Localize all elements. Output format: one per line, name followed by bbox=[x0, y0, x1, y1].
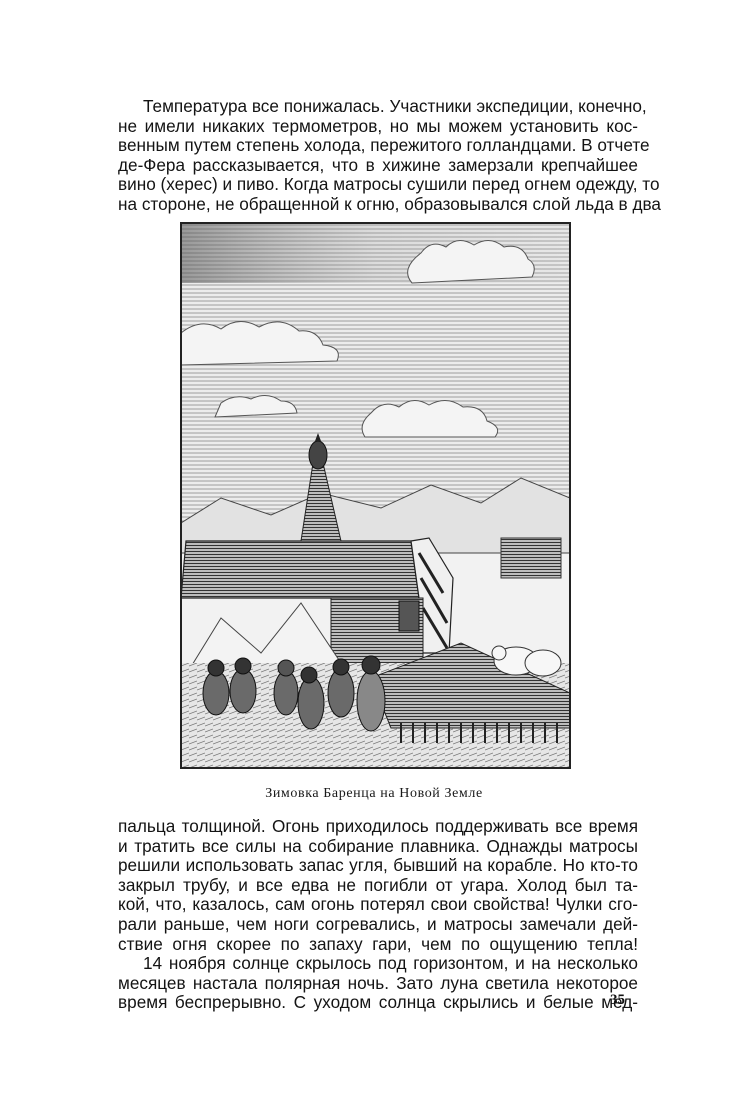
text-line: не имели никаких термометров, но мы може… bbox=[118, 117, 638, 137]
text-line: де-Фера рассказывается, что в хижине зам… bbox=[118, 156, 638, 176]
paragraph-top: Температура все понижалась. Участники эк… bbox=[118, 97, 638, 215]
page-number: 35 bbox=[610, 992, 625, 1009]
text-line: время беспрерывно. С уходом солнца скрыл… bbox=[118, 993, 638, 1013]
text-line: пальца толщиной. Огонь приходилось подде… bbox=[118, 817, 638, 837]
text-line: Температура все понижалась. Участники эк… bbox=[118, 97, 638, 117]
text-line: венным путем степень холода, пережитого … bbox=[118, 136, 638, 156]
text-line: закрыл трубу, и все едва не погибли от у… bbox=[118, 876, 638, 896]
engraving-illustration bbox=[180, 222, 571, 769]
illustration-caption: Зимовка Баренца на Новой Земле bbox=[0, 786, 748, 802]
text-line: рали раньше, чем ноги согревались, и мат… bbox=[118, 915, 638, 935]
text-line: ствие огня скорее по запаху гари, чем по… bbox=[118, 935, 638, 955]
text-line: и тратить все силы на собирание плавника… bbox=[118, 837, 638, 857]
paragraph-bottom: пальца толщиной. Огонь приходилось подде… bbox=[118, 817, 638, 1013]
winter-hut-engraving-image bbox=[181, 223, 570, 768]
text-line: кой, что, казалось, сам огонь потерял св… bbox=[118, 895, 638, 915]
text-line: вино (херес) и пиво. Когда матросы сушил… bbox=[118, 175, 638, 195]
text-line: решили использовать запас угля, бывший н… bbox=[118, 856, 638, 876]
text-line: 14 ноября солнце скрылось под горизонтом… bbox=[118, 954, 638, 974]
text-line: месяцев настала полярная ночь. Зато луна… bbox=[118, 974, 638, 994]
book-page: Температура все понижалась. Участники эк… bbox=[0, 0, 748, 1100]
text-line: на стороне, не обращенной к огню, образо… bbox=[118, 195, 638, 215]
